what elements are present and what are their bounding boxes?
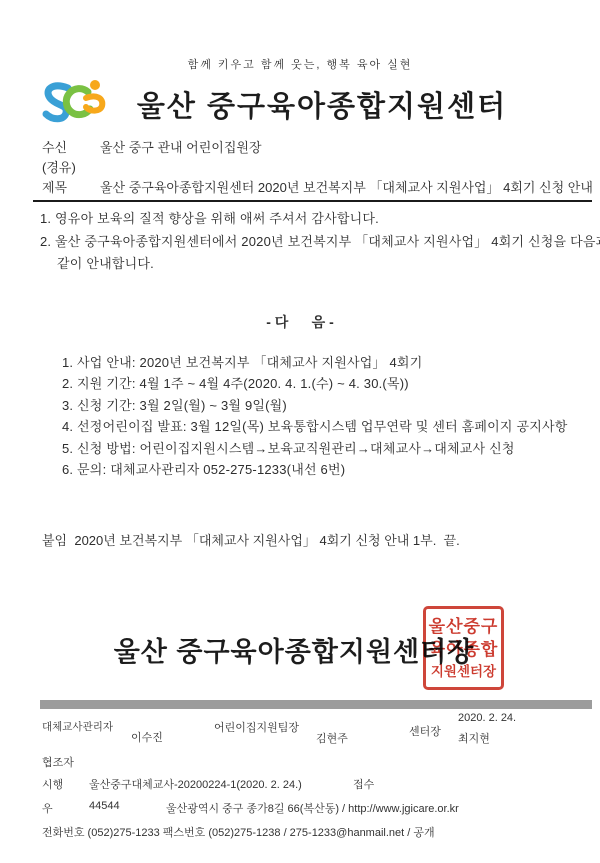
notice-item: 3. 신청 기간: 3월 2일(월) ~ 3월 9일(월): [62, 395, 568, 416]
notice-item: 2. 지원 기간: 4월 1주 ~ 4월 4주(2020. 4. 1.(수) ~…: [62, 373, 568, 394]
attachment-line: 붙임 2020년 보건복지부 「대체교사 지원사업」 4회기 신청 안내 1부.…: [42, 530, 460, 549]
notice-item: 6. 문의: 대체교사관리자 052-275-1233(내선 6번): [62, 459, 568, 480]
recipient-value: 울산 중구 관내 어린이집원장: [100, 140, 262, 155]
notice-item: 1. 사업 안내: 2020년 보건복지부 「대체교사 지원사업」 4회기: [62, 352, 568, 373]
body-paragraph-2-line2: 같이 안내합니다.: [57, 253, 154, 272]
subject-row: 제목울산 중구육아종합지원센터 2020년 보건복지부 「대체교사 지원사업」 …: [42, 178, 592, 198]
stamp-line: 울산중구: [429, 618, 499, 635]
official-document-page: 함께 키우고 함께 웃는, 행복 육아 실현 울산 중구육아종합지원센터 수신울…: [0, 0, 600, 863]
notice-item-list: 1. 사업 안내: 2020년 보건복지부 「대체교사 지원사업」 4회기 2.…: [62, 352, 568, 480]
document-meta-block: 수신울산 중구 관내 어린이집원장 (경유) 제목울산 중구육아종합지원센터 2…: [33, 138, 592, 202]
daum-section-heading: - 다 음 -: [0, 312, 600, 332]
subject-label: 제목: [42, 178, 100, 198]
approver-name: 김현주: [316, 730, 348, 746]
address-and-website: 울산광역시 중구 종가8길 66(복산동) / http://www.jgica…: [166, 800, 459, 816]
center-name-title: 울산 중구육아종합지원센터: [60, 84, 584, 125]
approver-role: 어린이집지원팀장: [214, 719, 299, 735]
subject-value: 울산 중구육아종합지원센터 2020년 보건복지부 「대체교사 지원사업」 4회…: [100, 180, 593, 195]
via-row: (경유): [42, 158, 592, 178]
stamp-line: 지원센터장: [431, 665, 496, 679]
cooperator-label: 협조자: [42, 754, 74, 770]
zip-code: 44544: [89, 800, 120, 812]
body-paragraph-2-line1: 2. 울산 중구육아종합지원센터에서 2020년 보건복지부 「대체교사 지원사…: [40, 231, 600, 250]
phone-fax-email-line: 전화번호 (052)275-1233 팩스번호 (052)275-1238 / …: [42, 824, 435, 840]
approval-date: 2020. 2. 24.: [458, 712, 516, 724]
body-paragraph-1: 1. 영유아 보육의 질적 향상을 위해 애써 주셔서 감사합니다.: [40, 208, 379, 227]
notice-item: 5. 신청 방법: 어린이집지원시스템→보육교직원관리→대체교사→대체교사 신청: [62, 438, 568, 459]
via-label: (경유): [42, 160, 76, 175]
zip-label: 우: [42, 800, 53, 816]
recipient-row: 수신울산 중구 관내 어린이집원장: [42, 138, 592, 158]
receipt-label: 접수: [353, 776, 374, 792]
header-slogan: 함께 키우고 함께 웃는, 행복 육아 실현: [0, 56, 600, 72]
official-seal-stamp-icon: 울산중구 육아종합 지원센터장: [423, 606, 504, 690]
enforce-number: 울산중구대체교사-20200224-1(2020. 2. 24.): [89, 776, 302, 792]
approver-name: 이수진: [131, 729, 163, 745]
stamp-line: 육아종합: [429, 641, 499, 658]
approver-role: 센터장: [409, 723, 441, 739]
approver-role: 대체교사관리자: [42, 719, 113, 734]
notice-item: 4. 선정어린이집 발표: 3월 12일(목) 보육통합시스템 업무연락 및 센…: [62, 416, 568, 437]
enforce-label: 시행: [42, 776, 63, 792]
recipient-label: 수신: [42, 138, 100, 158]
approver-name: 최지현: [458, 730, 490, 746]
footer-divider-bar: [40, 700, 592, 709]
